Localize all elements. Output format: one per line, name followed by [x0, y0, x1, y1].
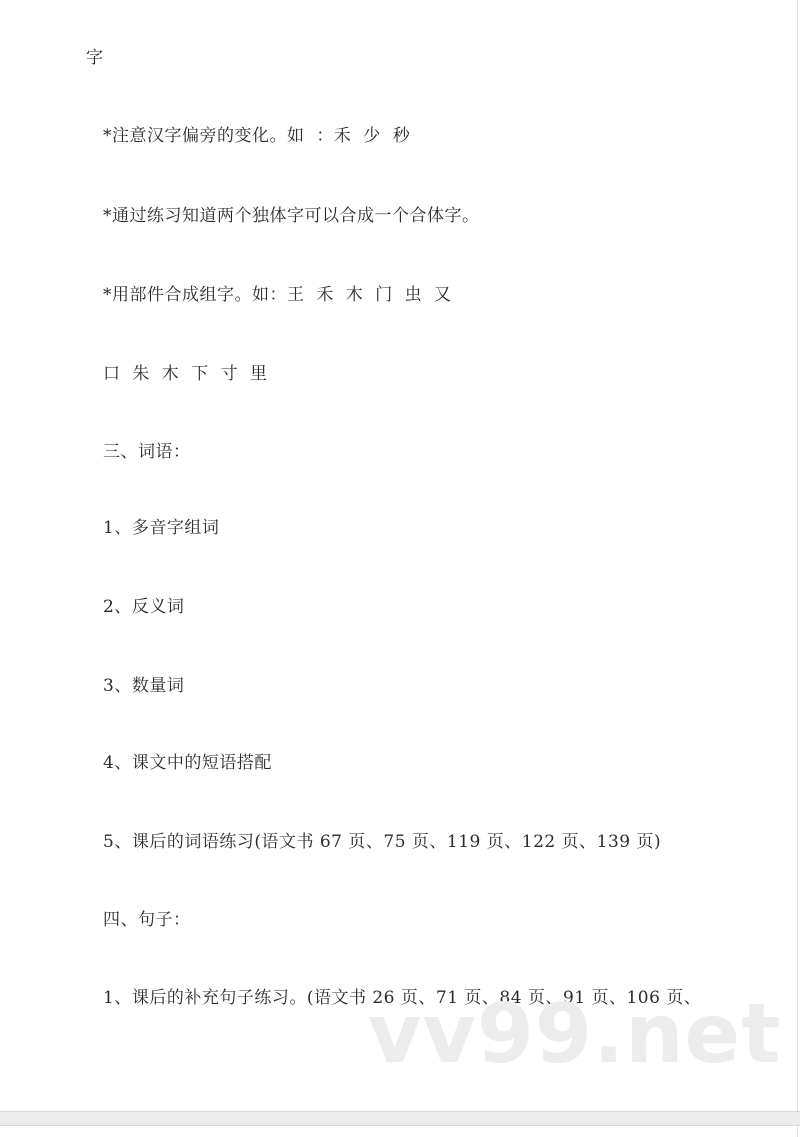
watermark: vv99.net	[368, 995, 781, 1075]
list-item-word-exercises: 5、课后的词语练习(语文书 67 页、75 页、119 页、122 页、139 …	[103, 832, 661, 852]
text-line-compound-chars: *通过练习知道两个独体字可以合成一个合体字。	[103, 206, 480, 226]
text-line-components: 口 朱 木 下 寸 里	[103, 364, 268, 384]
page-separator	[0, 1111, 800, 1126]
section-heading-words: 三、词语：	[103, 442, 191, 462]
section-heading-sentences: 四、句子：	[103, 910, 191, 930]
list-item-quantifiers: 3、数量词	[103, 676, 184, 696]
next-page	[0, 1126, 798, 1137]
document-page: 字 *注意汉字偏旁的变化。如 ：禾 少 秒 *通过练习知道两个独体字可以合成一个…	[0, 0, 798, 1111]
list-item-phrases: 4、课文中的短语搭配	[103, 753, 272, 773]
text-line-radical-change: *注意汉字偏旁的变化。如 ：禾 少 秒	[103, 126, 410, 146]
text-line-component-compose: *用部件合成组字。如：王 禾 木 门 虫 又	[103, 285, 452, 305]
text-line-continuation: 字	[86, 48, 104, 68]
list-item-polyphonic: 1、多音字组词	[103, 518, 219, 538]
list-item-antonyms: 2、反义词	[103, 597, 184, 617]
